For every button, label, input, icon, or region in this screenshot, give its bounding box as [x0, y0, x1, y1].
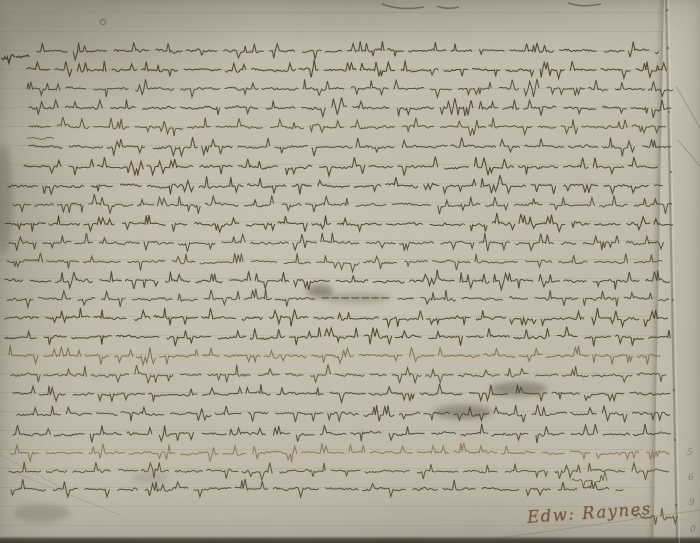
manuscript-photo: 5 6 9 0 Edw: Raynes [0, 0, 700, 543]
photo-grain [0, 0, 700, 543]
handwriting-overlay: 5 6 9 0 [0, 0, 700, 543]
